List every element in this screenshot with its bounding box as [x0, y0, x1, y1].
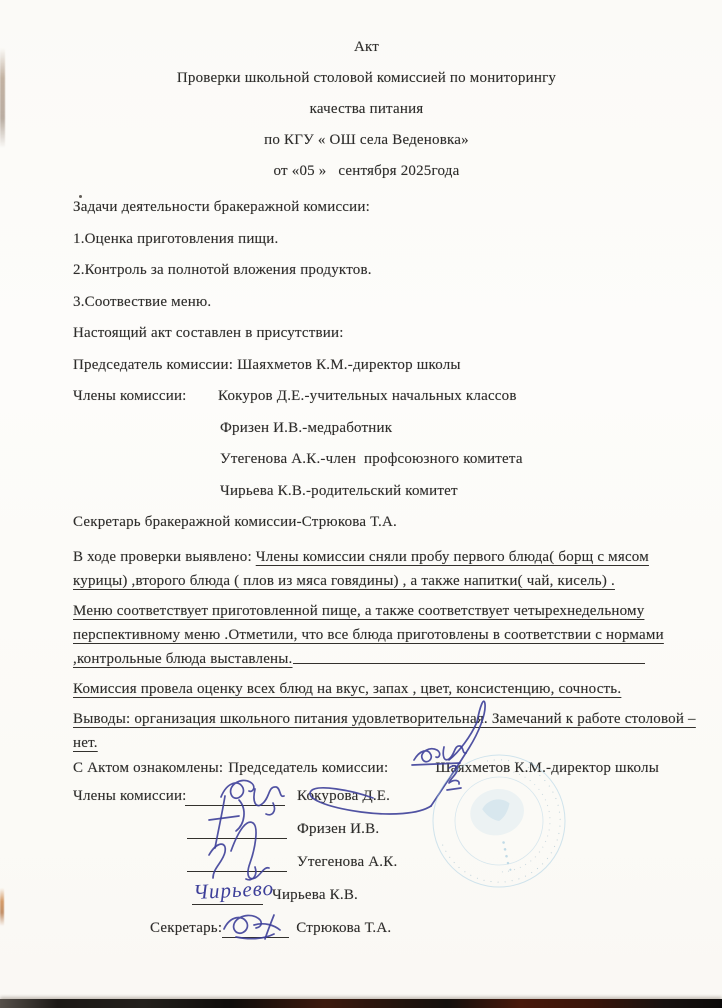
- chairman-label: Председатель комиссии:: [73, 357, 233, 373]
- document-body: Задачи деятельности бракеражной комиссии…: [73, 198, 660, 531]
- findings-p1-line1: Члены комиссии сняли пробу первого блюда…: [256, 549, 649, 565]
- findings-p2-line2: перспективному меню .Отметили, что все б…: [73, 627, 664, 643]
- presence-intro: Настоящий акт составлен в присутствии:: [73, 324, 660, 342]
- blank-rule: [293, 658, 645, 664]
- scanned-document-page: Акт Проверки школьной столовой комиссией…: [0, 0, 722, 1008]
- findings-section: В ходе проверки выявлено: Члены комиссии…: [73, 545, 660, 755]
- signature-row-3: Утегенова А.К.: [73, 853, 660, 871]
- document-content: Акт Проверки школьной столовой комиссией…: [73, 38, 660, 952]
- document-subtitle-2: качества питания: [73, 100, 660, 118]
- signature-name-3: Утегенова А.К.: [297, 853, 397, 871]
- findings-p2-line1: Меню соответствует приготовленной пище, …: [73, 603, 644, 619]
- secretary-signature-ink: [218, 901, 308, 945]
- secretary-signature-line: [222, 923, 289, 938]
- document-organization: по КГУ « ОШ села Веденовка»: [73, 131, 660, 149]
- tasks-heading: Задачи деятельности бракеражной комиссии…: [73, 198, 660, 216]
- members-row: Члены комиссии: Кокуров Д.Е.-учительных …: [73, 387, 660, 405]
- secretary-name: Стрюкова Т.А.: [296, 919, 391, 937]
- task-item-2: 2.Контроль за полнотой вложения продукто…: [73, 261, 660, 279]
- conclusions-paragraph: Выводы: организация школьного питания уд…: [73, 707, 660, 755]
- scan-edge-shadow: [0, 48, 5, 148]
- conclusions-line1: Выводы: организация школьного питания уд…: [73, 711, 696, 727]
- findings-paragraph-1: В ходе проверки выявлено: Члены комиссии…: [73, 545, 660, 593]
- signature-row-4: Чирьево Чирьева К.В.: [73, 886, 660, 904]
- members-label: Члены комиссии:: [73, 387, 218, 405]
- signature-name-4: Чирьева К.В.: [272, 886, 358, 904]
- scan-edge-mark: [0, 888, 4, 926]
- signature-line-2: [187, 824, 287, 839]
- document-date: от «05 » сентября 2025года: [73, 162, 660, 180]
- handwritten-signature: Чирьево: [193, 877, 275, 902]
- ack-chairman-name: Шаяхметов К.М.-директор школы: [435, 759, 659, 777]
- findings-p1-line2: курицы) ,второго блюда ( плов из мяса го…: [73, 573, 615, 589]
- document-title: Акт: [73, 38, 660, 56]
- document-subtitle-1: Проверки школьной столовой комиссией по …: [73, 69, 660, 87]
- chairman-signature: [393, 759, 435, 774]
- signature-row-1: Члены комиссии: Кокурова Д.Е.: [73, 787, 660, 805]
- document-header: Акт Проверки школьной столовой комиссией…: [73, 38, 660, 180]
- member-2: Фризен И.В.-медработник: [73, 419, 660, 437]
- member-3: Утегенова А.К.-член профсоюзного комитет…: [73, 450, 660, 468]
- scan-bottom-edge: [0, 999, 722, 1008]
- chairman-name: Шаяхметов К.М.-директор школы: [237, 357, 461, 373]
- task-item-3: 3.Соотвествие меню.: [73, 293, 660, 311]
- findings-paragraph-2: Меню соответствует приготовленной пище, …: [73, 599, 660, 671]
- signature-line-1: [185, 791, 285, 806]
- task-item-1: 1.Оценка приготовления пищи.: [73, 230, 660, 248]
- member-4: Чирьева К.В.-родительский комитет: [73, 482, 660, 500]
- findings-label: В ходе проверки выявлено:: [73, 549, 256, 565]
- signature-row-2: Фризен И.В.: [73, 820, 660, 838]
- signature-name-2: Фризен И.В.: [297, 820, 379, 838]
- member-1: Кокуров Д.Е.-учительных начальных классо…: [218, 387, 517, 405]
- signature-line-3: [187, 857, 287, 872]
- secretary-line: Секретарь бракеражной комиссии-Стрюкова …: [73, 513, 660, 531]
- ack-chairman-label: Председатель комиссии:: [228, 759, 388, 777]
- chairman-line: Председатель комиссии: Шаяхметов К.М.-ди…: [73, 356, 660, 374]
- secretary-signature-row: Секретарь: Стрюкова Т.А.: [73, 919, 660, 937]
- findings-p3: Комиссия провела оценку всех блюд на вку…: [73, 681, 621, 697]
- findings-paragraph-3: Комиссия провела оценку всех блюд на вку…: [73, 677, 660, 701]
- signature-members-label: Члены комиссии:: [73, 787, 185, 805]
- conclusions-line2: нет.: [73, 735, 98, 751]
- signature-name-1: Кокурова Д.Е.: [297, 787, 390, 805]
- ack-label: С Актом ознакомлены:: [73, 759, 223, 777]
- signature-line-4: Чирьево: [192, 890, 263, 905]
- findings-p2-line3: ,контрольные блюда выставлены.: [73, 651, 293, 667]
- acknowledgement-row: С Актом ознакомлены: Председатель комисс…: [73, 759, 660, 777]
